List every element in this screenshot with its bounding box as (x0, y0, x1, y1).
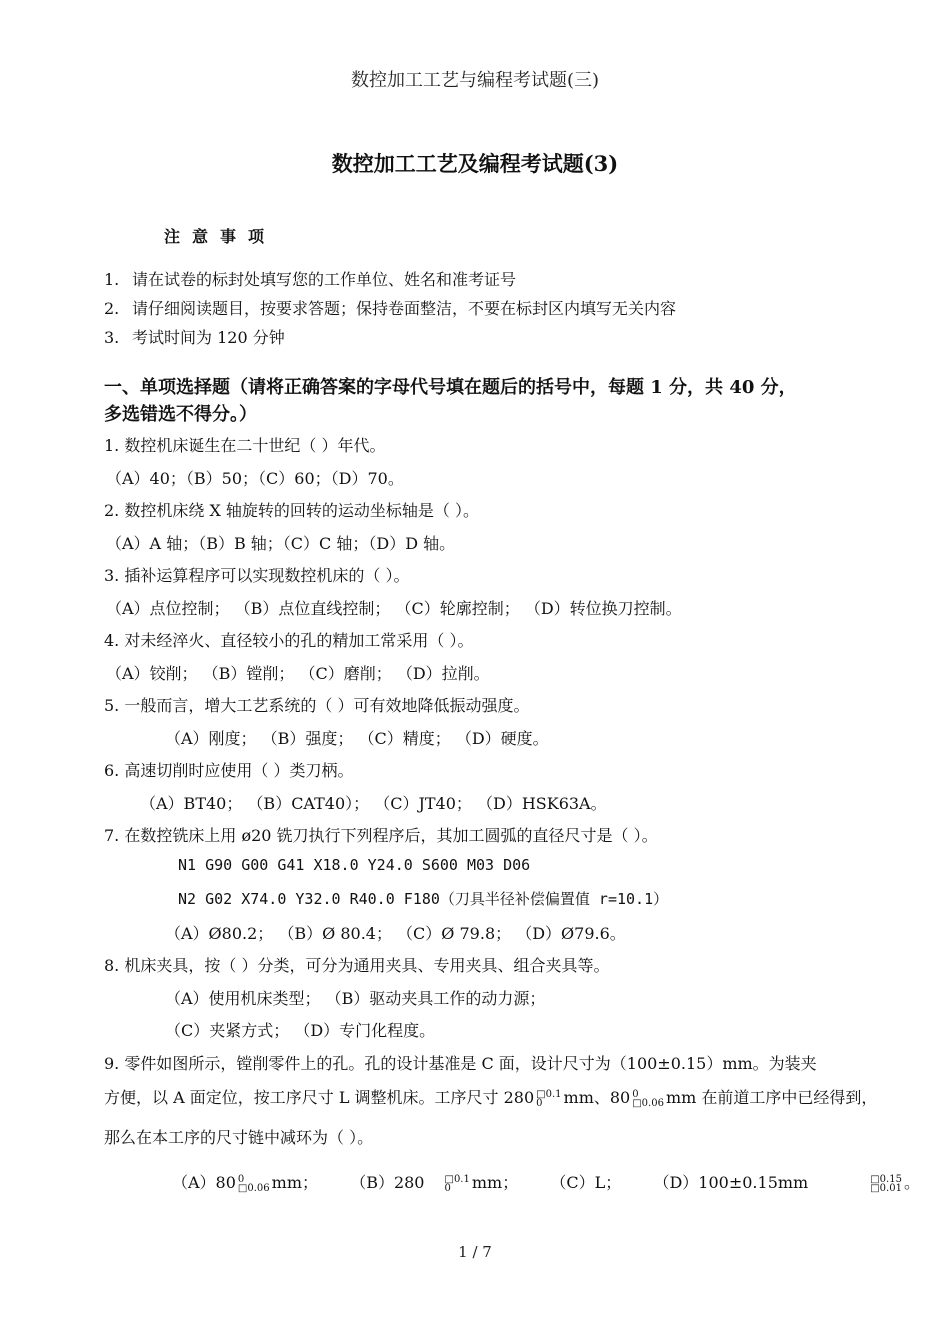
stem-text: 方便，以 A 面定位，按工序尺寸 L 调整机床。工序尺寸 280 (104, 1088, 534, 1107)
notice-item-text: 请仔细阅读题目，按要求答题；保持卷面整洁，不要在标封区内填写无关内容 (132, 299, 676, 318)
question-options: （A）刚度； （B）强度； （C）精度； （D）硬度。 (165, 726, 549, 749)
question-stem: 7. 在数控铣床上用 ø20 铣刀执行下列程序后，其加工圆弧的直径尺寸是（ ）。 (104, 823, 658, 846)
notice-item-number: 2. (104, 299, 132, 318)
question-options: （A）铰削； （B）镗削； （C）磨削； （D）拉削。 (106, 661, 490, 684)
tolerance-lower: □0.06 (632, 1099, 664, 1108)
tolerance-lower: 0 (445, 1184, 470, 1193)
notice-item: 1.请在试卷的标封处填写您的工作单位、姓名和准考证号 (104, 267, 516, 290)
question-options: （C）夹紧方式； （D）专门化程度。 (165, 1018, 435, 1041)
question-stem: 3. 插补运算程序可以实现数控机床的（ ）。 (104, 563, 409, 586)
question-options: （A）点位控制； （B）点位直线控制； （C）轮廓控制； （D）转位换刀控制。 (106, 596, 682, 619)
question-options: （A）Ø80.2； （B）Ø 80.4； （C）Ø 79.8； （D）Ø79.6… (165, 921, 626, 944)
tolerance-stack: □0.10 (536, 1090, 561, 1108)
section-heading: 一、单项选择题（请将正确答案的字母代号填在题后的括号中，每题 1 分，共 40 … (104, 373, 797, 399)
option-c: （C）L； (550, 1173, 621, 1192)
document-title: 数控加工工艺及编程考试题(3) (0, 148, 950, 178)
notice-item: 2.请仔细阅读题目，按要求答题；保持卷面整洁，不要在标封区内填写无关内容 (104, 296, 676, 319)
question-stem: 2. 数控机床绕 X 轴旋转的回转的运动坐标轴是（ ）。 (104, 498, 479, 521)
option-b: （B）280 (350, 1173, 424, 1192)
question-stem: 5. 一般而言，增大工艺系统的（ ）可有效地降低振动强度。 (104, 693, 529, 716)
page-indicator: 1 / 7 (0, 1243, 950, 1261)
option-unit: mm； (472, 1173, 518, 1192)
tolerance-stack: □0.10 (445, 1175, 470, 1193)
option-unit: mm； (272, 1173, 318, 1192)
tolerance-stack: 0□0.06 (632, 1090, 664, 1108)
notice-item-number: 3. (104, 328, 132, 347)
stem-text: mm 在前道工序中已经得到， (666, 1088, 877, 1107)
notice-item-number: 1. (104, 270, 132, 289)
tolerance-stack: 0□0.06 (238, 1175, 270, 1193)
question-stem-cont: 方便，以 A 面定位，按工序尺寸 L 调整机床。工序尺寸 280□0.10mm、… (104, 1085, 877, 1108)
question-options: （A）A 轴；（B）B 轴；（C）C 轴；（D）D 轴。 (106, 531, 455, 554)
tolerance-lower: □0.06 (238, 1184, 270, 1193)
option-d: （D）100±0.15mm (653, 1173, 808, 1192)
question-stem: 8. 机床夹具，按（ ）分类，可分为通用夹具、专用夹具、组合夹具等。 (104, 953, 609, 976)
question-stem: 9. 零件如图所示，镗削零件上的孔。孔的设计基准是 C 面，设计尺寸为（100±… (104, 1051, 817, 1074)
question-options: （A）40；（B）50；（C）60；（D）70。 (106, 466, 404, 489)
notice-item: 3.考试时间为 120 分钟 (104, 325, 285, 348)
option-a: （A）80 (172, 1173, 236, 1192)
question-stem: 6. 高速切削时应使用（ ）类刀柄。 (104, 758, 353, 781)
program-line: N1 G90 G00 G41 X18.0 Y24.0 S600 M03 D06 (178, 856, 530, 874)
tolerance-stack: □0.15□0.01 (870, 1175, 902, 1193)
question-options: （A）使用机床类型； （B）驱动夹具工作的动力源； (165, 986, 545, 1009)
program-line: N2 G02 X74.0 Y32.0 R40.0 F180（刀具半径补偿偏置值 … (178, 888, 668, 909)
question-stem: 4. 对未经淬火、直径较小的孔的精加工常采用（ ）。 (104, 628, 473, 651)
question-stem-cont: 那么在本工序的尺寸链中减环为（ ）。 (104, 1125, 373, 1148)
tolerance-lower: □0.01 (870, 1184, 902, 1193)
section-heading-cont: 多选错选不得分。） (104, 400, 257, 426)
option-end: 。 (904, 1173, 920, 1192)
tolerance-lower: 0 (536, 1099, 561, 1108)
question-options: （A）BT40； （B）CAT40）； （C）JT40； （D）HSK63A。 (140, 791, 607, 814)
notice-item-text: 请在试卷的标封处填写您的工作单位、姓名和准考证号 (132, 270, 516, 289)
notice-title: 注意事项 (164, 224, 276, 247)
notice-item-text: 考试时间为 120 分钟 (132, 328, 285, 347)
question-stem: 1. 数控机床诞生在二十世纪（ ）年代。 (104, 433, 385, 456)
running-header: 数控加工工艺与编程考试题(三) (0, 66, 950, 92)
stem-text: mm、80 (564, 1088, 631, 1107)
question-options: （A）800□0.06mm； （B）280□0.10mm； （C）L； （D）1… (172, 1170, 920, 1193)
